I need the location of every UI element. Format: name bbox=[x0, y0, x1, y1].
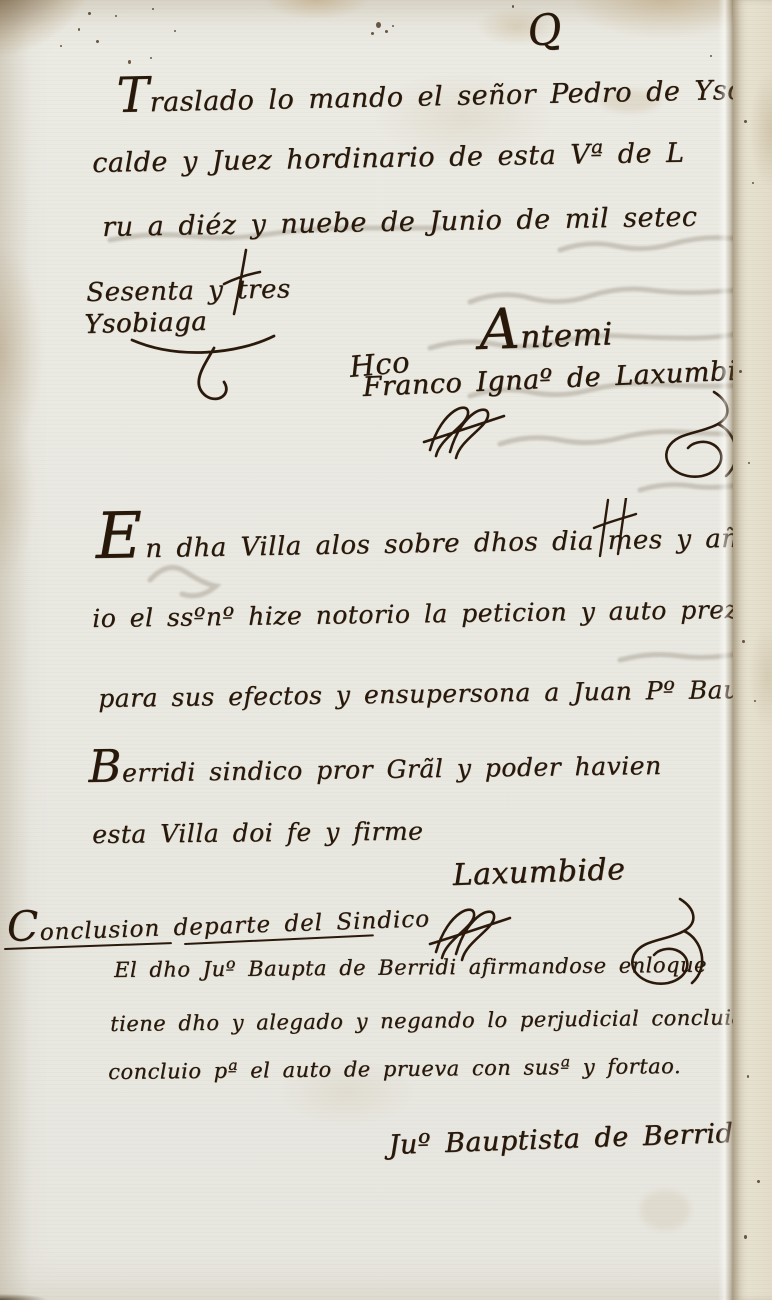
ink-speck bbox=[96, 40, 99, 43]
ink-speck bbox=[371, 32, 374, 35]
ink-speck bbox=[754, 700, 756, 702]
ink-speck bbox=[128, 60, 131, 64]
ink-speck bbox=[757, 1180, 760, 1183]
ink-speck bbox=[174, 30, 176, 32]
notary-signature-2: Laxumbide bbox=[452, 852, 626, 893]
ink-speck bbox=[748, 462, 750, 464]
judge-signature-rubric bbox=[128, 332, 278, 402]
ink-speck bbox=[88, 12, 91, 15]
ink-speck bbox=[152, 8, 154, 10]
bleedthrough-texture bbox=[0, 0, 772, 1300]
notification-line-1: En dha Villa alos sobre dhos dia mes y a… bbox=[95, 489, 739, 574]
tall-tt-flourish bbox=[592, 498, 638, 560]
ante-mi-label: Antemi bbox=[478, 293, 614, 363]
page-fold-crease bbox=[718, 0, 733, 1300]
ink-speck bbox=[376, 22, 381, 28]
decree-line-4: Sesenta y tres bbox=[86, 274, 291, 308]
notification-line-5: esta Villa doi fe y firme bbox=[92, 817, 424, 849]
ink-speck bbox=[739, 370, 742, 373]
ink-speck bbox=[710, 55, 712, 57]
ink-speck bbox=[392, 25, 394, 27]
ink-speck bbox=[512, 5, 514, 8]
ink-speck bbox=[115, 15, 117, 17]
ink-speck bbox=[742, 640, 745, 643]
ink-speck bbox=[744, 120, 747, 123]
ink-speck bbox=[747, 1075, 749, 1078]
ink-speck bbox=[78, 28, 80, 31]
ink-speck bbox=[752, 182, 754, 184]
ink-speck bbox=[150, 57, 152, 59]
notary-rubric-flourish bbox=[428, 900, 513, 962]
corner-flourish-mark: Q bbox=[524, 3, 565, 56]
manuscript-page: Q Traslado lo mando el señor Pedro de Ys… bbox=[0, 0, 772, 1300]
notary-rubric-flourish bbox=[422, 398, 507, 460]
ink-speck bbox=[60, 45, 62, 47]
next-page-edge bbox=[733, 0, 772, 1300]
notification-line-4: Berridi sindico pror Grãl y poder havien bbox=[88, 732, 662, 793]
ink-speck bbox=[744, 1235, 747, 1239]
notary-rubric-loop bbox=[608, 895, 713, 995]
ink-speck bbox=[385, 30, 388, 33]
paper-stain bbox=[0, 1290, 70, 1300]
paper-stain bbox=[640, 1190, 690, 1230]
